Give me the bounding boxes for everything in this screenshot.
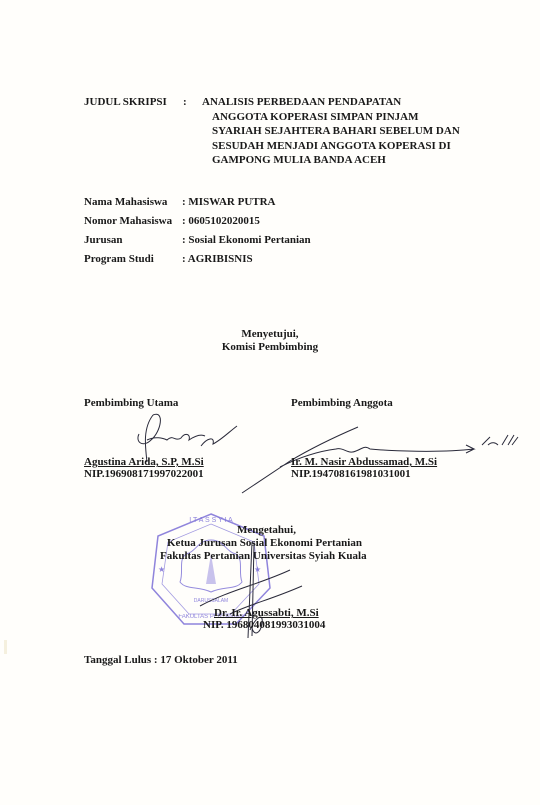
title-line: SESUDAH MENJADI ANGGOTA KOPERASI DI	[202, 140, 460, 155]
info-value: : 0605102020015	[182, 215, 260, 234]
info-label: Nomor Mahasiswa	[84, 215, 182, 234]
svg-text:I T A S S Y I A: I T A S S Y I A	[189, 517, 233, 524]
main-supervisor-nip: NIP.196908171997022001	[84, 468, 204, 481]
title-colon: :	[183, 96, 187, 109]
approval-line1: Menyetujui,	[0, 328, 540, 341]
info-value: : Sosial Ekonomi Pertanian	[182, 234, 311, 253]
head-nip: NIP. 196804081993031004	[203, 619, 325, 632]
main-supervisor-role: Pembimbing Utama	[84, 397, 178, 410]
member-supervisor-role: Pembimbing Anggota	[291, 397, 393, 410]
info-row-number: Nomor Mahasiswa : 0605102020015	[84, 215, 311, 234]
info-label: Program Studi	[84, 253, 182, 272]
info-label: Jurusan	[84, 234, 182, 253]
title-line: ANGGOTA KOPERASI SIMPAN PINJAM	[202, 111, 460, 126]
title-line: SYARIAH SEJAHTERA BAHARI SEBELUM DAN	[202, 125, 460, 140]
member-supervisor-signature	[240, 415, 520, 495]
info-row-department: Jurusan : Sosial Ekonomi Pertanian	[84, 234, 311, 253]
info-value: : AGRIBISNIS	[182, 253, 253, 272]
thesis-title: ANALISIS PERBEDAAN PENDAPATAN ANGGOTA KO…	[202, 96, 460, 169]
scan-speck	[4, 640, 7, 654]
student-info: Nama Mahasiswa : MISWAR PUTRA Nomor Maha…	[84, 196, 311, 272]
acknowledgement-line1: Mengetahui,	[237, 524, 296, 537]
graduation-date: Tanggal Lulus : 17 Oktober 2011	[84, 654, 238, 667]
info-row-name: Nama Mahasiswa : MISWAR PUTRA	[84, 196, 311, 215]
info-row-program: Program Studi : AGRIBISNIS	[84, 253, 311, 272]
member-supervisor-nip: NIP.194708161981031001	[291, 468, 411, 481]
svg-text:★: ★	[158, 565, 165, 574]
title-line: GAMPONG MULIA BANDA ACEH	[202, 154, 460, 169]
document-page: JUDUL SKRIPSI : ANALISIS PERBEDAAN PENDA…	[0, 0, 540, 805]
info-value: : MISWAR PUTRA	[182, 196, 276, 215]
title-line: ANALISIS PERBEDAAN PENDAPATAN	[202, 96, 460, 111]
title-label: JUDUL SKRIPSI	[84, 96, 167, 109]
info-label: Nama Mahasiswa	[84, 196, 182, 215]
approval-line2: Komisi Pembimbing	[0, 341, 540, 354]
